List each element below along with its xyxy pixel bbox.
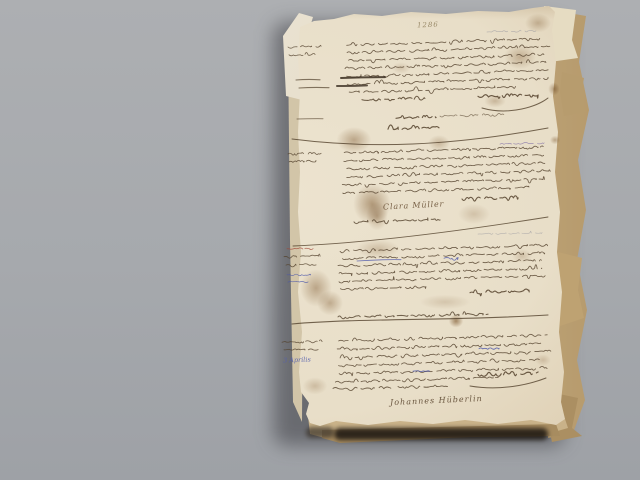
entry4-sig-tail — [470, 378, 546, 388]
entry1-sig2-left — [396, 115, 436, 118]
entry1-underline-long — [292, 128, 548, 145]
entry1-sig3 — [388, 125, 439, 130]
crossed-entry-strike — [292, 315, 548, 324]
entry1-margin-dash1 — [296, 79, 320, 80]
entry2-pencil-note — [478, 231, 542, 234]
pencil-note-top-right — [487, 30, 536, 32]
margin-date-note: 3 Aprilis — [283, 356, 311, 365]
entry1-sig-left — [362, 96, 425, 101]
entry1-margin-dash2 — [299, 87, 329, 88]
entry2-body — [342, 146, 550, 194]
entry4-margin-line2 — [284, 349, 318, 350]
entry3-margin-line2 — [286, 264, 316, 267]
entry1-insert-strike2 — [337, 85, 367, 86]
entry4-sig — [478, 372, 538, 377]
entry1-margin-line1 — [288, 45, 321, 48]
entry3-margin-blue2 — [288, 281, 308, 282]
entry4-extra-word1 — [333, 387, 391, 391]
photo-of-manuscript: 1286 Clara Müller 3 Aprilis Johannes Hüb… — [0, 0, 640, 480]
entry3-blue-underline — [357, 260, 401, 261]
entry3-body — [338, 244, 548, 290]
entry1-margin-line2 — [289, 53, 315, 56]
entry3-blue-mark — [444, 257, 458, 260]
entry4-extra-word2 — [398, 385, 448, 388]
entry3-margin-red — [287, 248, 313, 250]
entry4-blue-word1 — [479, 348, 499, 349]
entry1-body — [345, 38, 550, 93]
entry1-insert-strike1 — [341, 77, 385, 78]
entry2-date-note — [500, 142, 544, 144]
entry2-georg-line — [354, 218, 440, 224]
entry1-sig2-mid — [440, 113, 504, 117]
entry2-margin-line1 — [288, 152, 321, 155]
crossed-entry-text — [338, 312, 488, 319]
entry4-body — [335, 334, 550, 383]
entry3-sig — [470, 289, 529, 296]
entry1-sig-right-tail — [482, 98, 548, 111]
page-number: 1286 — [417, 21, 439, 30]
entry2-margin-line2 — [289, 160, 316, 162]
entry4-margin-line1 — [282, 340, 322, 343]
entry4-blue-word2 — [413, 371, 430, 372]
entry2-sig — [462, 196, 518, 201]
entry3-margin-line1 — [284, 254, 320, 258]
entry3-margin-blue1 — [287, 274, 311, 276]
handwriting-layer — [0, 0, 640, 480]
entry1-sig-right — [478, 94, 538, 98]
